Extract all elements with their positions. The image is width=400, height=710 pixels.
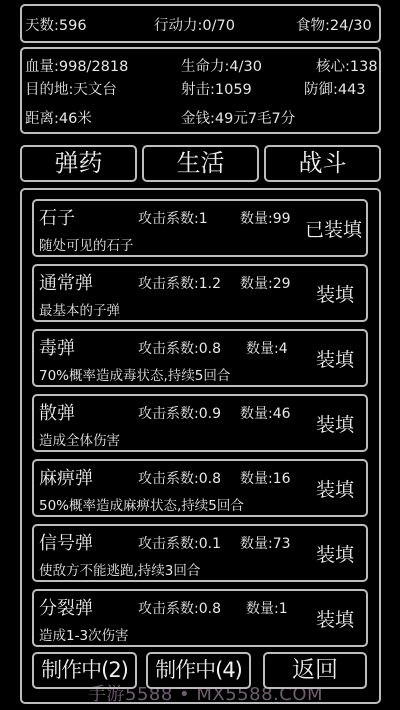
ammo-description: 最基本的子弹: [39, 299, 120, 319]
loaded-status-button[interactable]: 已装填: [305, 215, 362, 242]
money-stat: 金钱:49元7毛7分: [181, 107, 295, 128]
ammo-name: 分裂弹: [39, 594, 93, 620]
ammo-name: 石子: [39, 204, 75, 230]
ammo-name: 麻痹弹: [39, 464, 93, 490]
load-button[interactable]: 装填: [316, 345, 354, 372]
ammo-name: 毒弹: [39, 334, 75, 360]
attack-coefficient: 攻击系数:1: [138, 208, 208, 228]
ammo-quantity: 数量:73: [240, 533, 291, 553]
core-stat: 核心:138: [316, 55, 378, 76]
ammo-item-poison[interactable]: 毒弹 攻击系数:0.8 数量:4 70%概率造成毒状态,持续5回合 装填: [32, 329, 368, 387]
ammo-description: 造成全体伤害: [39, 429, 120, 449]
resource-bar: 天数:596 行动力:0/70 食物:24/30: [20, 4, 381, 43]
ammo-item-scatter[interactable]: 散弹 攻击系数:0.9 数量:46 造成全体伤害 装填: [32, 394, 368, 452]
defense-stat: 防御:443: [304, 78, 366, 99]
ammo-item-split[interactable]: 分裂弹 攻击系数:0.8 数量:1 造成1-3次伤害 装填: [32, 589, 368, 647]
load-button[interactable]: 装填: [316, 540, 354, 567]
ammo-description: 70%概率造成毒状态,持续5回合: [39, 364, 230, 384]
ammo-name: 通常弹: [39, 269, 93, 295]
ammo-item-flare[interactable]: 信号弹 攻击系数:0.1 数量:73 使敌方不能逃跑,持续3回合 装填: [32, 524, 368, 582]
destination-stat: 目的地:天文台: [25, 78, 117, 99]
ammo-quantity: 数量:1: [246, 598, 288, 618]
tab-ammo[interactable]: 弹药: [20, 145, 137, 182]
shooting-stat: 射击:1059: [181, 78, 252, 99]
load-button[interactable]: 装填: [316, 475, 354, 502]
ammo-quantity: 数量:29: [240, 273, 291, 293]
vitality-stat: 生命力:4/30: [181, 55, 262, 76]
character-stats-panel: 血量:998/2818 生命力:4/30 核心:138 目的地:天文台 射击:1…: [20, 47, 381, 134]
load-button[interactable]: 装填: [316, 410, 354, 437]
ammo-item-stone[interactable]: 石子 攻击系数:1 数量:99 随处可见的石子 已装填: [32, 199, 368, 257]
action-points: 行动力:0/70: [154, 14, 235, 35]
food-counter: 食物:24/30: [296, 14, 372, 35]
attack-coefficient: 攻击系数:0.8: [138, 338, 221, 358]
ammo-quantity: 数量:46: [240, 403, 291, 423]
ammo-item-paralysis[interactable]: 麻痹弹 攻击系数:0.8 数量:16 50%概率造成麻痹状态,持续5回合 装填: [32, 459, 368, 517]
attack-coefficient: 攻击系数:0.8: [138, 598, 221, 618]
attack-coefficient: 攻击系数:0.9: [138, 403, 221, 423]
distance-stat: 距离:46米: [25, 107, 92, 128]
ammo-quantity: 数量:4: [246, 338, 288, 358]
ammo-name: 散弹: [39, 399, 75, 425]
load-button[interactable]: 装填: [316, 280, 354, 307]
ammo-description: 造成1-3次伤害: [39, 624, 129, 644]
ammo-quantity: 数量:16: [240, 468, 291, 488]
tab-life[interactable]: 生活: [142, 145, 259, 182]
ammo-quantity: 数量:99: [240, 208, 291, 228]
ammo-description: 使敌方不能逃跑,持续3回合: [39, 559, 200, 579]
tab-combat[interactable]: 战斗: [264, 145, 381, 182]
ammo-description: 随处可见的石子: [39, 234, 134, 254]
load-button[interactable]: 装填: [316, 605, 354, 632]
ammo-name: 信号弹: [39, 529, 93, 555]
attack-coefficient: 攻击系数:0.1: [138, 533, 221, 553]
ammo-item-normal[interactable]: 通常弹 攻击系数:1.2 数量:29 最基本的子弹 装填: [32, 264, 368, 322]
ammo-description: 50%概率造成麻痹状态,持续5回合: [39, 494, 244, 514]
watermark: 手游5588 • MX5588.COM: [88, 680, 323, 706]
days-counter: 天数:596: [25, 14, 87, 35]
hp-stat: 血量:998/2818: [25, 55, 128, 76]
attack-coefficient: 攻击系数:1.2: [138, 273, 221, 293]
attack-coefficient: 攻击系数:0.8: [138, 468, 221, 488]
